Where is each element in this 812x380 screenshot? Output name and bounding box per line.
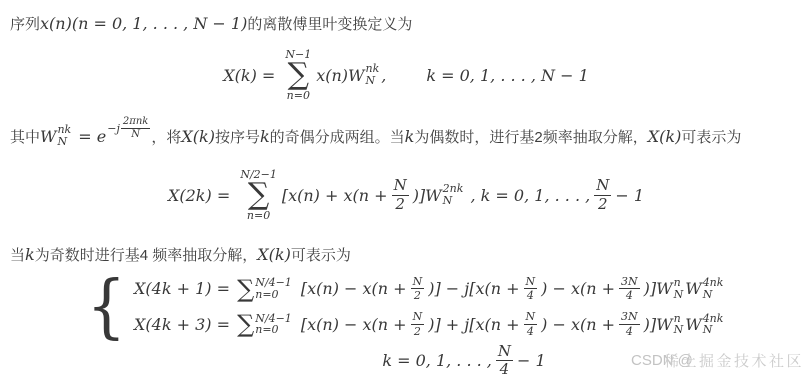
text-run: 按序号 — [215, 126, 260, 147]
exponent-sign: −j — [107, 122, 120, 135]
fraction-numerator: 3N — [619, 310, 640, 324]
paragraph-dft-intro: 序列x(n)(n = 0, 1, . . . , N − 1)的离散傅里叶变换定… — [0, 0, 812, 34]
fraction-numerator: N — [496, 343, 513, 361]
fraction-N-over-4: N 4 — [496, 343, 513, 379]
text-run: 为偶数时，进行基2频率抽取分解， — [414, 126, 647, 147]
fraction-denominator: N — [131, 129, 140, 141]
fraction-numerator: N — [594, 177, 611, 195]
math-body: ) − x(n + — [541, 279, 615, 298]
sum-lower-limit: n=0 — [255, 324, 278, 336]
math-body: )]W — [644, 279, 673, 298]
math-condition: k = 0, 1, . . . , — [481, 186, 591, 205]
paragraph-radix4-intro: 当k为奇数时进行基4 频率抽取分解，X(k)可表示为 — [0, 244, 812, 265]
fraction-denominator: 4 — [626, 289, 633, 302]
twiddle-factor-scripts: 2nk N — [443, 183, 464, 206]
math-body: W — [685, 315, 701, 334]
math-lhs: X(2k) = — [168, 186, 235, 205]
text-run: 的奇偶分成两组。当 — [270, 126, 405, 147]
math-body: )] + j[x(n + — [428, 315, 519, 334]
text-run: 当 — [10, 247, 25, 264]
fraction-N-over-2: N 2 — [392, 177, 409, 213]
fraction-numerator: N — [524, 275, 538, 289]
twiddle-factor-scripts: nk N — [366, 63, 380, 86]
fraction-N-over-4: N4 — [524, 310, 538, 337]
inline-math-k: k — [405, 127, 415, 146]
math-body: )]W — [644, 315, 673, 334]
sum-upper-limit: N/4−1 — [255, 277, 292, 289]
math-comma: , — [381, 66, 386, 85]
sum-lower-limit: n=0 — [247, 209, 270, 222]
text-run: 可表示为 — [291, 247, 351, 264]
math-body: )]W — [413, 186, 442, 205]
math-body: ) − x(n + — [541, 315, 615, 334]
math-body: W — [685, 279, 701, 298]
juejin-watermark: 稀土掘金技术社区 — [664, 350, 804, 371]
fraction-denominator: 4 — [626, 325, 633, 338]
math-condition: k = 0, 1, . . . , — [382, 351, 492, 370]
math-lhs: X(4k + 3) = — [134, 315, 235, 334]
sum-lower-limit: n=0 — [255, 289, 278, 301]
subscript: N — [703, 289, 713, 301]
sigma-icon: ∑ — [237, 277, 254, 301]
sigma-icon: ∑ — [237, 312, 254, 336]
fraction-numerator: N — [392, 177, 409, 195]
math-condition-tail: − 1 — [517, 351, 546, 370]
fraction-numerator: N — [411, 275, 425, 289]
inline-math-k: k — [260, 127, 270, 146]
sum-limits: N/4−1 n=0 — [255, 313, 292, 336]
summation-inline: ∑ N/4−1 n=0 — [237, 277, 294, 301]
math-body: [x(n) + x(n + — [282, 186, 388, 205]
fraction-N-over-2: N2 — [411, 310, 425, 337]
math-lhs: X(k) = — [223, 66, 280, 85]
twiddle-factor-scripts: 4nkN — [703, 277, 724, 300]
left-brace: { — [87, 272, 126, 341]
summation-inline: ∑ N/4−1 n=0 — [237, 312, 294, 336]
math-body: [x(n) − x(n + — [296, 279, 407, 298]
text-run: 其中 — [10, 126, 40, 147]
math-condition: k = 0, 1, . . . , N − 1 — [426, 66, 588, 85]
sum-limits: N/4−1 n=0 — [255, 277, 292, 300]
paragraph-twiddle-explained: 其中WnkN = e−j2πnkN，将X(k)按序号k的奇偶分成两组。当k为偶数… — [0, 118, 812, 154]
subscript: N — [703, 324, 713, 336]
fraction-denominator: 4 — [527, 325, 534, 338]
fraction-N-over-2: N 2 — [594, 177, 611, 213]
inline-math-Xk: X(k) — [257, 245, 291, 264]
fraction-numerator: N — [524, 310, 538, 324]
exponent-group: −j2πnkN — [107, 116, 151, 141]
subscript: N — [366, 75, 376, 87]
formula-radix2-even: X(2k) = N/2−1 ∑ n=0 [x(n) + x(n + N 2 )]… — [0, 162, 812, 228]
exponent-fraction: 2πnkN — [121, 116, 150, 141]
sigma-icon: ∑ — [288, 61, 309, 90]
sum-lower-limit: n=0 — [287, 89, 310, 102]
math-e: e — [97, 127, 106, 146]
twiddle-factor-scripts: nkN — [57, 124, 71, 147]
fraction-numerator: 3N — [619, 275, 640, 289]
superscript: 4nk — [703, 277, 724, 289]
article-page: { "doc": { "para1": { "t1": "序列", "m1": … — [0, 0, 812, 380]
equation-row: X(4k + 1) = ∑ N/4−1 n=0 [x(n) − x(n + N2… — [134, 275, 725, 302]
math-body: )] − j[x(n + — [428, 279, 519, 298]
fraction-3N-over-4: 3N4 — [619, 310, 640, 337]
inline-math-k: k — [25, 245, 35, 264]
sigma-icon: ∑ — [248, 181, 269, 210]
inline-math-sequence: x(n)(n = 0, 1, . . . , N − 1) — [40, 14, 247, 33]
subscript: N — [674, 289, 684, 301]
math-body: x(n)W — [316, 66, 364, 85]
fraction-denominator: 2 — [414, 325, 421, 338]
math-w: W — [40, 127, 56, 146]
twiddle-factor-scripts: 4nkN — [703, 313, 724, 336]
inline-math-Xk: X(k) — [181, 127, 215, 146]
equation-system-radix4: { X(4k + 1) = ∑ N/4−1 n=0 [x(n) − x(n + … — [0, 275, 812, 338]
inline-math-Xk: X(k) — [648, 127, 682, 146]
text-run: 可表示为 — [681, 126, 741, 147]
math-equals: = — [73, 127, 97, 146]
summation-symbol: N/2−1 ∑ n=0 — [240, 168, 277, 223]
fraction-denominator: 2 — [395, 196, 405, 213]
formula-dft-definition: X(k) = N−1 ∑ n=0 x(n)W nk N , k = 0, 1, … — [0, 46, 812, 104]
subscript: N — [674, 324, 684, 336]
fraction-denominator: 4 — [500, 361, 510, 378]
twiddle-factor-scripts: nN — [674, 313, 684, 336]
text-run: ，将 — [151, 126, 181, 147]
math-lhs: X(4k + 1) = — [134, 279, 235, 298]
fraction-N-over-2: N2 — [411, 275, 425, 302]
superscript: n — [674, 277, 681, 289]
fraction-denominator: 2 — [598, 196, 608, 213]
summation-symbol: N−1 ∑ n=0 — [285, 48, 311, 103]
fraction-numerator: 2πnk — [121, 116, 150, 129]
text-run: 序列 — [10, 16, 40, 33]
fraction-denominator: 2 — [414, 289, 421, 302]
subscript: N — [443, 195, 453, 207]
fraction-N-over-4: N4 — [524, 275, 538, 302]
subscript: N — [57, 136, 67, 148]
math-condition-tail: − 1 — [615, 186, 644, 205]
system-rows: X(4k + 1) = ∑ N/4−1 n=0 [x(n) − x(n + N2… — [134, 275, 725, 338]
math-body: [x(n) − x(n + — [296, 315, 407, 334]
text-run: 的离散傅里叶变换定义为 — [247, 16, 412, 33]
fraction-denominator: 4 — [527, 289, 534, 302]
twiddle-factor-scripts: nN — [674, 277, 684, 300]
text-run: 为奇数时进行基4 频率抽取分解， — [35, 247, 258, 264]
fraction-3N-over-4: 3N4 — [619, 275, 640, 302]
equation-row: X(4k + 3) = ∑ N/4−1 n=0 [x(n) − x(n + N2… — [134, 310, 725, 337]
math-comma: , — [465, 186, 480, 205]
fraction-numerator: N — [411, 310, 425, 324]
